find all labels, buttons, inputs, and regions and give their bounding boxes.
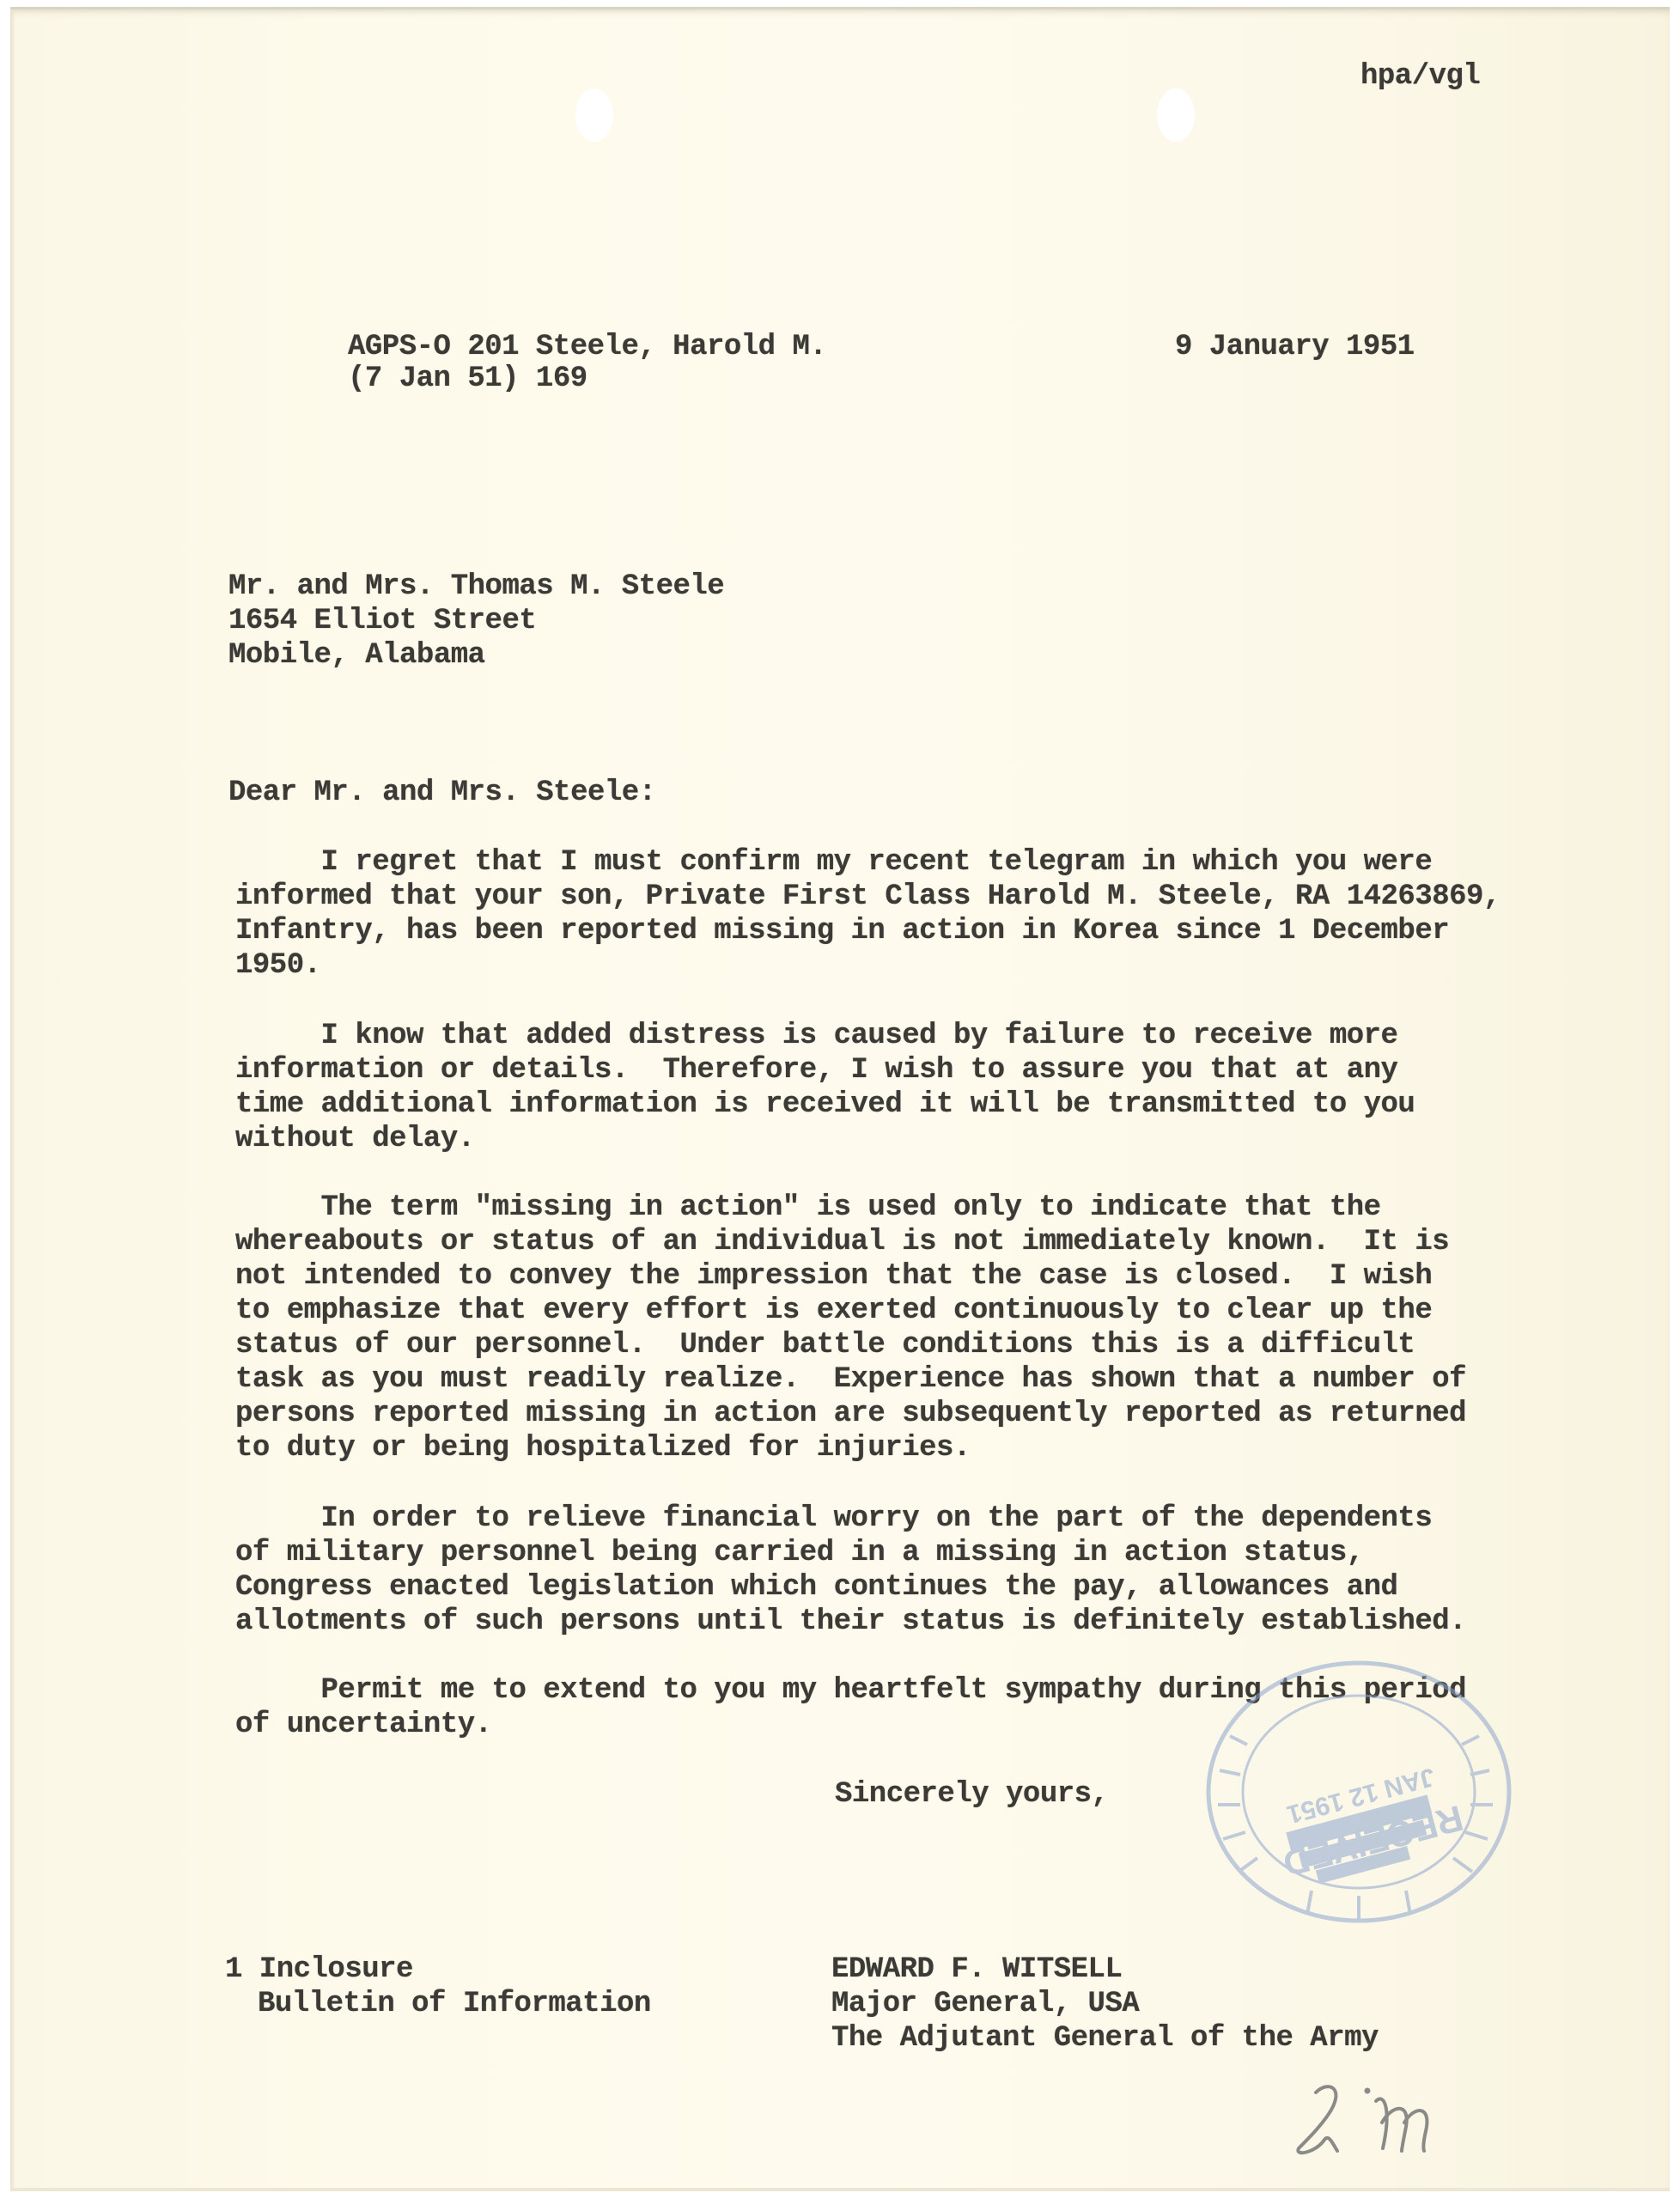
recipient-city: Mobile, Alabama [228, 638, 485, 673]
paragraph-4: In order to relieve financial worry on t… [235, 1502, 1489, 1639]
paragraph-line: to emphasize that every effort is exerte… [235, 1294, 1489, 1328]
paragraph-line: time additional information is received … [235, 1087, 1489, 1122]
salutation: Dear Mr. and Mrs. Steele: [228, 776, 656, 810]
paragraph-line: Infantry, has been reported missing in a… [235, 914, 1489, 948]
paragraph-line: allotments of such persons until their s… [235, 1605, 1489, 1639]
paragraph-line: Congress enacted legislation which conti… [235, 1570, 1489, 1605]
file-reference-line1: AGPS-O 201 Steele, Harold M. [348, 330, 826, 364]
paragraph-line: In order to relieve financial worry on t… [235, 1502, 1489, 1536]
paragraph-line: to duty or being hospitalized for injuri… [235, 1431, 1489, 1465]
paragraph-line: I know that added distress is caused by … [235, 1019, 1489, 1053]
paragraph-line: status of our personnel. Under battle co… [235, 1328, 1489, 1362]
paragraph-line: persons reported missing in action are s… [235, 1397, 1489, 1431]
letter-page: hpa/vgl AGPS-O 201 Steele, Harold M. (7 … [10, 7, 1670, 2191]
punch-hole [1157, 88, 1195, 142]
enclosure-item: Bulletin of Information [258, 1987, 651, 2021]
paragraph-line: information or details. Therefore, I wis… [235, 1053, 1489, 1087]
handwritten-initials [1281, 2075, 1453, 2161]
paper-edge [10, 9, 15, 2191]
recipient-name: Mr. and Mrs. Thomas M. Steele [228, 570, 724, 604]
closing: Sincerely yours, [835, 1777, 1108, 1812]
typist-reference: hpa/vgl [1360, 59, 1480, 94]
paragraph-line: 1950. [235, 948, 1489, 983]
punch-hole [575, 88, 613, 142]
received-stamp: RECEIVED JAN 12 1951 [1178, 1642, 1539, 1925]
paragraph-line: informed that your son, Private First Cl… [235, 880, 1489, 914]
enclosure-count: 1 Inclosure [225, 1952, 413, 1987]
paragraph-line: not intended to convey the impression th… [235, 1259, 1489, 1294]
signer-name: EDWARD F. WITSELL [831, 1952, 1122, 1987]
paragraph-2: I know that added distress is caused by … [235, 1019, 1489, 1156]
file-reference-line2: (7 Jan 51) 169 [348, 362, 587, 396]
paragraph-line: task as you must readily realize. Experi… [235, 1362, 1489, 1397]
paper-bottom-edge [10, 2188, 1670, 2191]
paragraph-line: The term "missing in action" is used onl… [235, 1191, 1489, 1225]
paragraph-line: I regret that I must confirm my recent t… [235, 845, 1489, 880]
signer-title: The Adjutant General of the Army [831, 2021, 1379, 2056]
signer-rank: Major General, USA [831, 1987, 1139, 2021]
letter-date: 9 January 1951 [1175, 330, 1415, 364]
recipient-street: 1654 Elliot Street [228, 604, 536, 638]
paragraph-line: whereabouts or status of an individual i… [235, 1225, 1489, 1259]
paragraph-1: I regret that I must confirm my recent t… [235, 845, 1489, 983]
paragraph-3: The term "missing in action" is used onl… [235, 1191, 1489, 1465]
paragraph-line: of military personnel being carried in a… [235, 1536, 1489, 1570]
paragraph-line: without delay. [235, 1122, 1489, 1156]
